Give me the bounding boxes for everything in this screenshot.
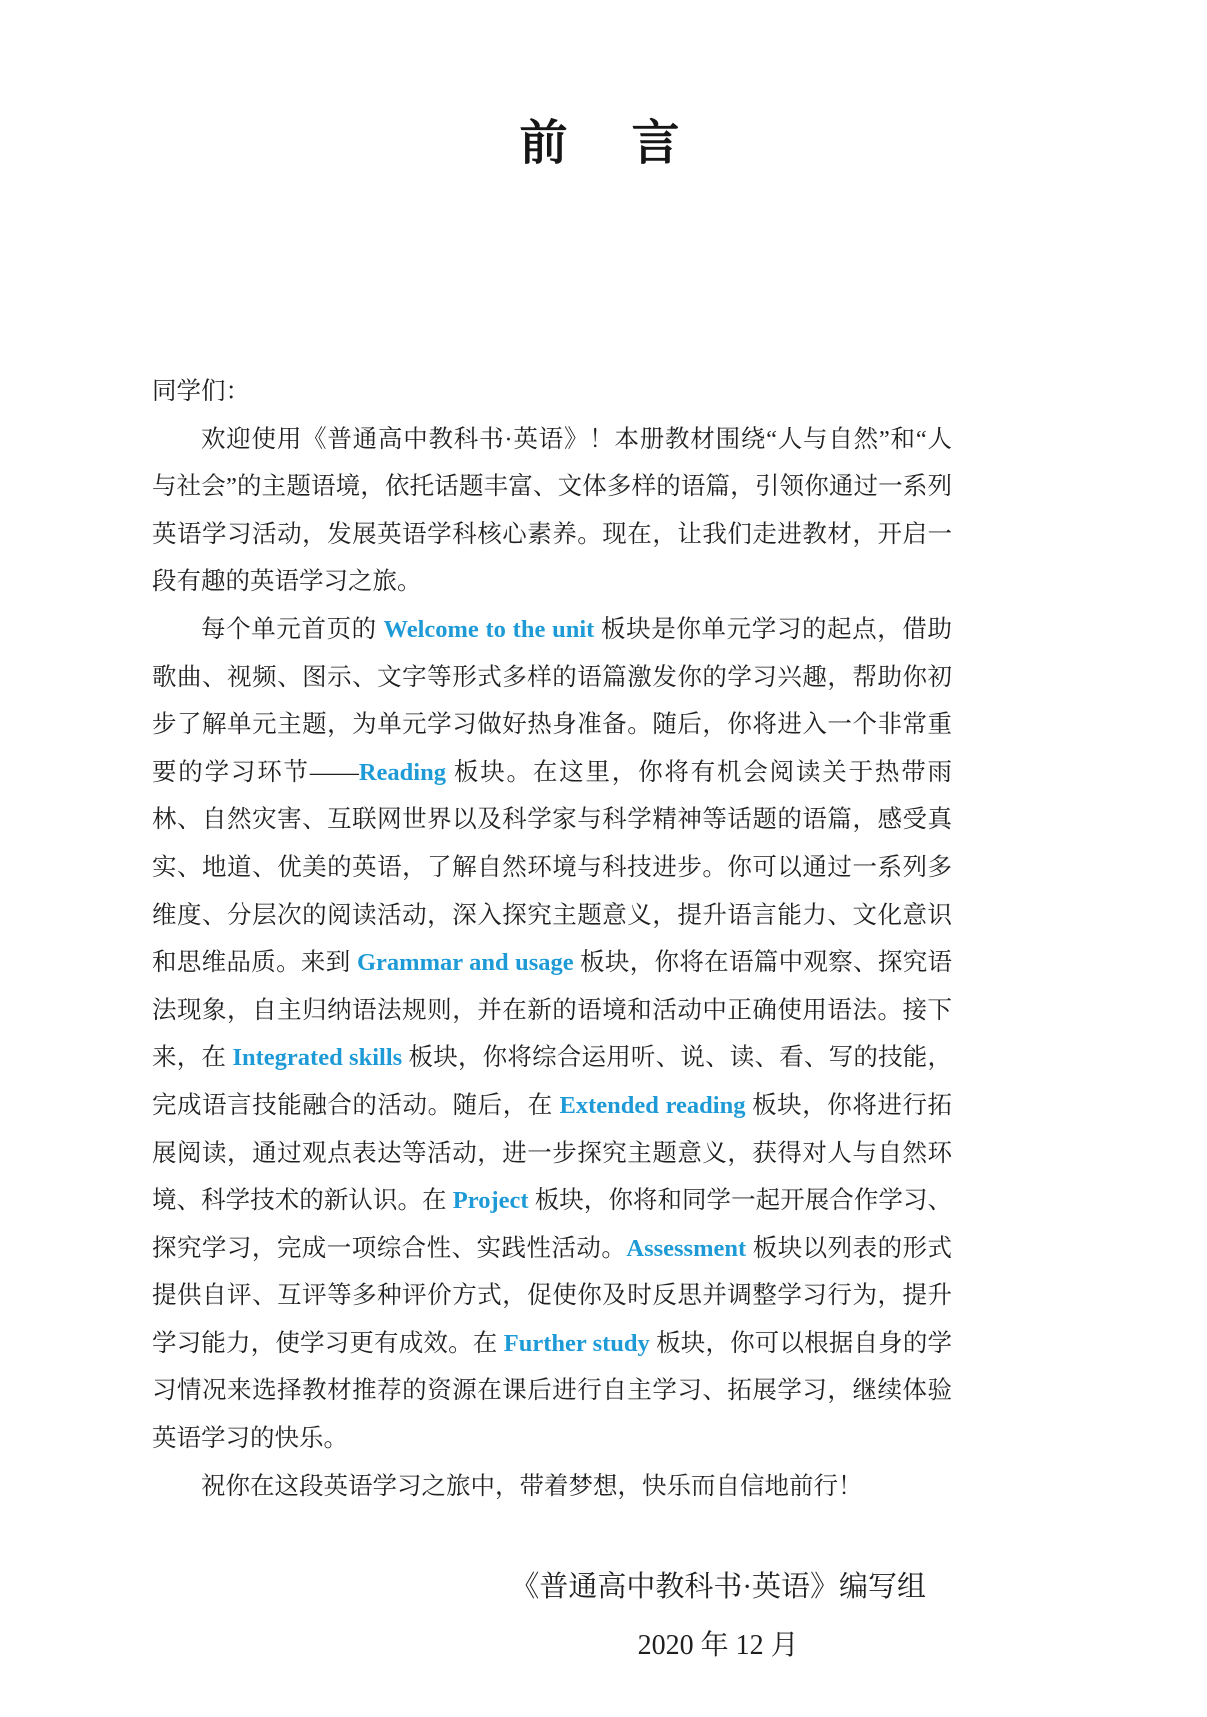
module-name-highlight: Extended reading (560, 1092, 746, 1119)
text-run: 同学们： (152, 378, 250, 405)
signature-block: 《普通高中教科书·英语》编写组 2020 年 12 月 (510, 1566, 926, 1666)
signature-date: 2020 年 12 月 (510, 1626, 926, 1666)
closing-paragraph: 祝你在这段英语学习之旅中，带着梦想，快乐而自信地前行！ (152, 1463, 952, 1511)
module-name-highlight: Reading (359, 759, 446, 786)
text-run: 祝你在这段英语学习之旅中，带着梦想，快乐而自信地前行！ (201, 1473, 863, 1500)
text-run: 每个单元首页的 (201, 616, 384, 643)
body-paragraphs: 同学们：欢迎使用《普通高中教科书·英语》！本册教材围绕“人与自然”和“人与社会”… (152, 368, 952, 1666)
signature-author: 《普通高中教科书·英语》编写组 (510, 1566, 926, 1608)
intro-paragraph: 欢迎使用《普通高中教科书·英语》！本册教材围绕“人与自然”和“人与社会”的主题语… (152, 416, 952, 606)
module-name-highlight: Further study (504, 1330, 650, 1357)
text-run: 板块。在这里，你将有机会阅读关于热带雨林、自然灾害、互联网世界以及科学家与科学精… (152, 759, 952, 976)
module-name-highlight: Welcome to the unit (384, 616, 595, 643)
module-name-highlight: Grammar and usage (357, 949, 574, 976)
module-name-highlight: Integrated skills (232, 1044, 402, 1071)
modules-paragraph: 每个单元首页的 Welcome to the unit 板块是你单元学习的起点，… (152, 606, 952, 1463)
preface-page: 前 言 同学们：欢迎使用《普通高中教科书·英语》！本册教材围绕“人与自然”和“人… (0, 0, 1207, 1717)
module-name-highlight: Assessment (626, 1235, 746, 1262)
page-title: 前 言 (0, 112, 1207, 176)
module-name-highlight: Project (453, 1187, 529, 1214)
salutation-paragraph: 同学们： (152, 368, 952, 416)
text-run: 欢迎使用《普通高中教科书·英语》！本册教材围绕“人与自然”和“人与社会”的主题语… (152, 426, 952, 596)
